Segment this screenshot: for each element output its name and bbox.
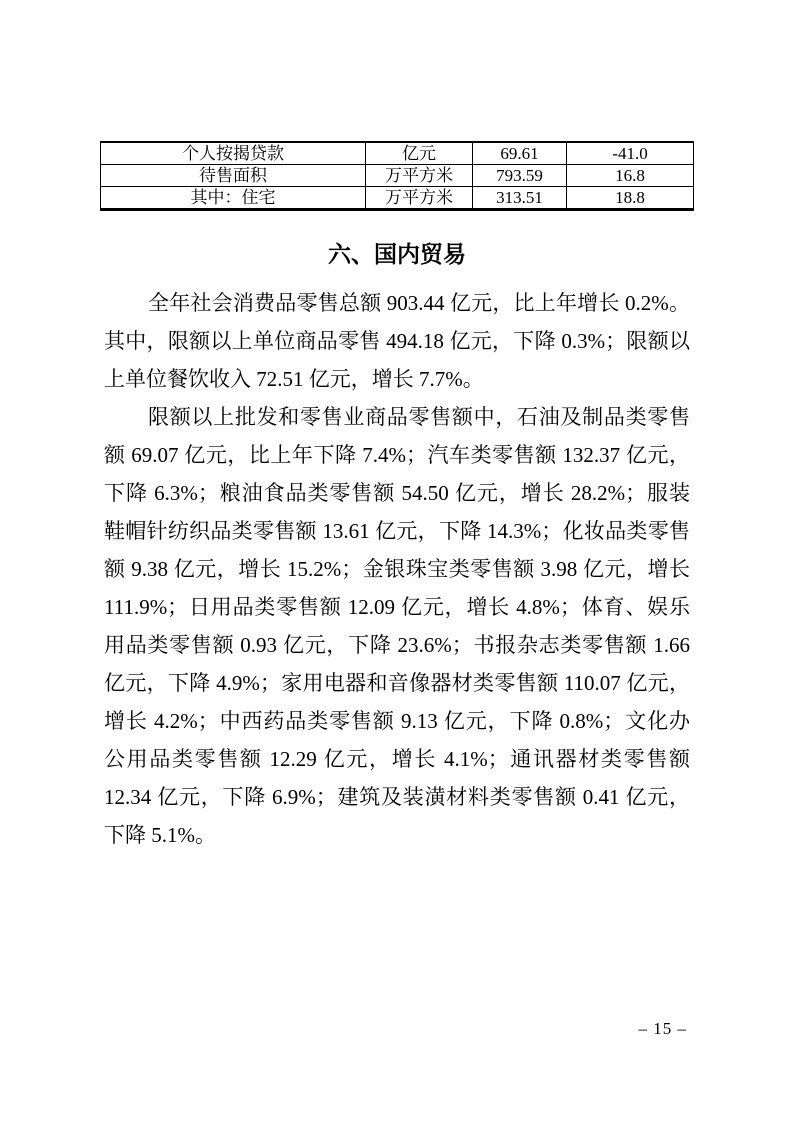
indicator-name-cell: 其中：住宅 (101, 187, 366, 210)
unit-cell: 亿元 (366, 142, 473, 165)
growth-cell: -41.0 (567, 142, 694, 165)
table-row: 个人按揭贷款 亿元 69.61 -41.0 (101, 142, 694, 165)
value-cell: 313.51 (473, 187, 567, 210)
growth-cell: 18.8 (567, 187, 694, 210)
unit-cell: 万平方米 (366, 165, 473, 187)
growth-cell: 16.8 (567, 165, 694, 187)
paragraph-retail-total: 全年社会消费品零售总额 903.44 亿元，比上年增长 0.2%。其中，限额以上… (104, 284, 690, 398)
page-number: – 15 – (639, 1018, 688, 1040)
indicator-name-cell: 待售面积 (101, 165, 366, 187)
table-row: 其中：住宅 万平方米 313.51 18.8 (101, 187, 694, 210)
section-heading: 六、国内贸易 (104, 240, 690, 268)
indicator-table: 个人按揭贷款 亿元 69.61 -41.0 待售面积 万平方米 793.59 1… (100, 141, 694, 211)
indicator-name-cell: 个人按揭贷款 (101, 142, 366, 165)
table-row: 待售面积 万平方米 793.59 16.8 (101, 165, 694, 187)
value-cell: 69.61 (473, 142, 567, 165)
document-page: 个人按揭贷款 亿元 69.61 -41.0 待售面积 万平方米 793.59 1… (0, 0, 794, 1123)
section-domestic-trade: 六、国内贸易 全年社会消费品零售总额 903.44 亿元，比上年增长 0.2%。… (104, 240, 690, 854)
value-cell: 793.59 (473, 165, 567, 187)
unit-cell: 万平方米 (366, 187, 473, 210)
paragraph-retail-categories: 限额以上批发和零售业商品零售额中，石油及制品类零售额 69.07 亿元，比上年下… (104, 398, 690, 854)
